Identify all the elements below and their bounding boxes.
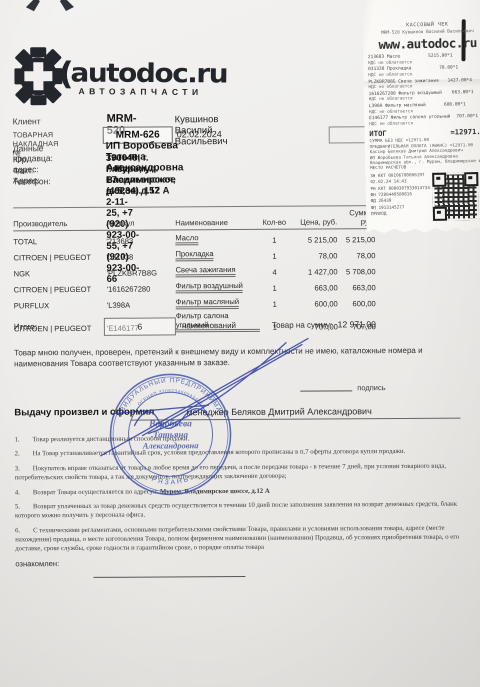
photo-of-document: (autodoc.ru АВТОЗАПЧАСТИ Клиент MRM-520 … — [0, 0, 480, 687]
receipt-item-calc: 707.00*1 — [456, 115, 478, 121]
cell-name: Масло — [175, 233, 198, 245]
cell-sum: 78,00 — [337, 251, 375, 260]
cell-qty: 1 — [260, 300, 290, 309]
receipt-item: 1616267280 Фильтр воздушный 663.00*1 =66… — [369, 90, 480, 103]
cell-sum: 5 708,00 — [338, 267, 376, 276]
totals-label: Итого: — [14, 322, 37, 331]
receipt-meta: СУММА БЕЗ НДС =12971.00ПРЕДВАРИТЕЛЬНАЯ О… — [369, 137, 480, 172]
term-text: С техническими регламентами, основными п… — [15, 524, 459, 552]
table-header-row: Производитель Артикул Наименование Кол-в… — [13, 205, 375, 231]
term-num: 5. — [15, 502, 33, 511]
partial-gear-icon — [24, 0, 76, 15]
term-item-5: 5.Возврат уплаченных за товар денежных с… — [15, 500, 465, 521]
receipt-tax-block: ЗН ККТ 0010670000619702.02.24 14:43РН КК… — [370, 173, 433, 222]
brand-text: autodoc.ru — [70, 58, 227, 89]
cell-article: 'L398A — [107, 300, 176, 309]
cell-qty: 1 — [260, 284, 290, 293]
phone-label: Телефон: — [13, 176, 51, 186]
cell-price: 600,00 — [290, 299, 338, 308]
cell-manufacturer: CITROEN | PEUGEOT — [13, 253, 106, 263]
cell-sum: 600,00 — [338, 299, 376, 308]
totals-suffix: наименований — [182, 321, 236, 330]
cell-article: '031338 — [106, 252, 175, 261]
receipt-item-calc: 78.00*1 — [439, 66, 458, 72]
signature-ink — [90, 333, 321, 484]
signature-label: подпись — [357, 383, 385, 392]
receipt-item-calc: 600.00*1 — [444, 102, 466, 108]
cell-article: '213683 — [106, 236, 175, 245]
table-body: TOTAL '213683 Масло 1 5 215,00 5 215,00 … — [13, 229, 376, 334]
term-item-6: 6.С техническими регламентами, основными… — [15, 523, 465, 554]
autodoc-logo: (autodoc.ru АВТОЗАПЧАСТИ — [14, 46, 224, 109]
cell-manufacturer: PURFLUX — [14, 301, 107, 311]
cell-name: Свеча зажигания — [176, 265, 236, 277]
receipt-item-calc: 1427.00*4 — [448, 78, 472, 84]
term-num: 1. — [15, 435, 33, 444]
cell-sum: 5 215,00 — [337, 235, 375, 244]
totals-sum-value: 12 971,00 — [328, 319, 376, 329]
receipt-total-label: ИТОГ — [369, 129, 386, 138]
cell-manufacturer: TOTAL — [13, 237, 106, 247]
cell-qty: 1 — [259, 252, 289, 261]
receipt-item-calc: 663.00*1 — [452, 90, 474, 96]
receipt-item: L398A Фильтр масляный 600.00*1 =600.00 Н… — [369, 102, 480, 115]
col-manufacturer: Производитель — [13, 219, 106, 229]
cell-qty: 1 — [259, 236, 289, 245]
receipt-site: www.autodoc.ru — [368, 35, 480, 52]
term-num: 4. — [15, 488, 33, 497]
brand-tagline: АВТОЗАПЧАСТИ — [78, 86, 202, 97]
cell-price: 5 215,00 — [289, 235, 337, 244]
receipt-item: 213683 Масло 5215.00*1 =5215.00 НДС не о… — [368, 53, 480, 66]
col-name: Наименование — [175, 218, 259, 228]
cell-article: 'PLZKBR7B8G — [107, 268, 176, 277]
totals-sum-label: Товар на сумму: — [272, 320, 332, 329]
receipt-item: 031338 Прокладка 78.00*1 =78.00 НДС не о… — [368, 65, 480, 78]
acknowledged-label: ознакомлен: — [15, 556, 465, 569]
cell-manufacturer: CITROEN | PEUGEOT — [14, 285, 107, 295]
cell-name: Прокладка — [175, 249, 213, 261]
receipt-tax-line: ПРИХОД — [371, 211, 433, 219]
cell-article: '1616267280 — [107, 284, 176, 293]
cell-price: 1 427,00 — [290, 267, 338, 276]
cell-name: Фильтр воздушный — [176, 281, 243, 293]
receipt-item: E146177 Фильтр салона угольный 707.00*1 … — [369, 114, 480, 127]
receipt-items: 213683 Масло 5215.00*1 =5215.00 НДС не о… — [368, 53, 480, 128]
cell-manufacturer: NGK — [14, 269, 107, 279]
receipt-meta-line: МЕСТО РАСЧЕТОВ — [370, 164, 480, 172]
cell-qty: 4 — [260, 268, 290, 277]
col-price: Цена, руб. — [289, 217, 337, 226]
gear-icon — [14, 45, 62, 107]
cell-name: Фильтр масляный — [176, 297, 239, 309]
col-article: Артикул — [106, 218, 175, 227]
receipt-item-calc: 5215.00*1 — [428, 54, 452, 60]
parts-table: Производитель Артикул Наименование Кол-в… — [13, 205, 376, 334]
term-item-4: 4.Возврат Товара осуществляется по адрес… — [15, 485, 465, 497]
term-num: 2. — [15, 450, 33, 459]
cell-sum: 663,00 — [338, 283, 376, 292]
term-num: 3. — [15, 464, 33, 473]
term-num: 6. — [15, 526, 33, 535]
receipt-total-value: =12971.00 — [450, 127, 480, 137]
receipt-item: PLZKBR7B8G Свеча зажигания 1427.00*4 =57… — [368, 77, 480, 90]
client-label: Клиент — [13, 116, 41, 126]
receipt-title: КАССОВЫЙ ЧЕК — [367, 21, 480, 29]
cell-price: 78,00 — [289, 251, 337, 260]
col-qty: Кол-во — [259, 218, 289, 227]
qr-code-icon — [432, 172, 479, 221]
cash-receipt: КАССОВЫЙ ЧЕК MRM-520 Кувшинов Василий Ва… — [362, 0, 480, 235]
waybill-date: 02.02.2024 — [177, 129, 222, 139]
cell-price: 663,00 — [290, 283, 338, 292]
acknowledged-line — [93, 576, 245, 578]
